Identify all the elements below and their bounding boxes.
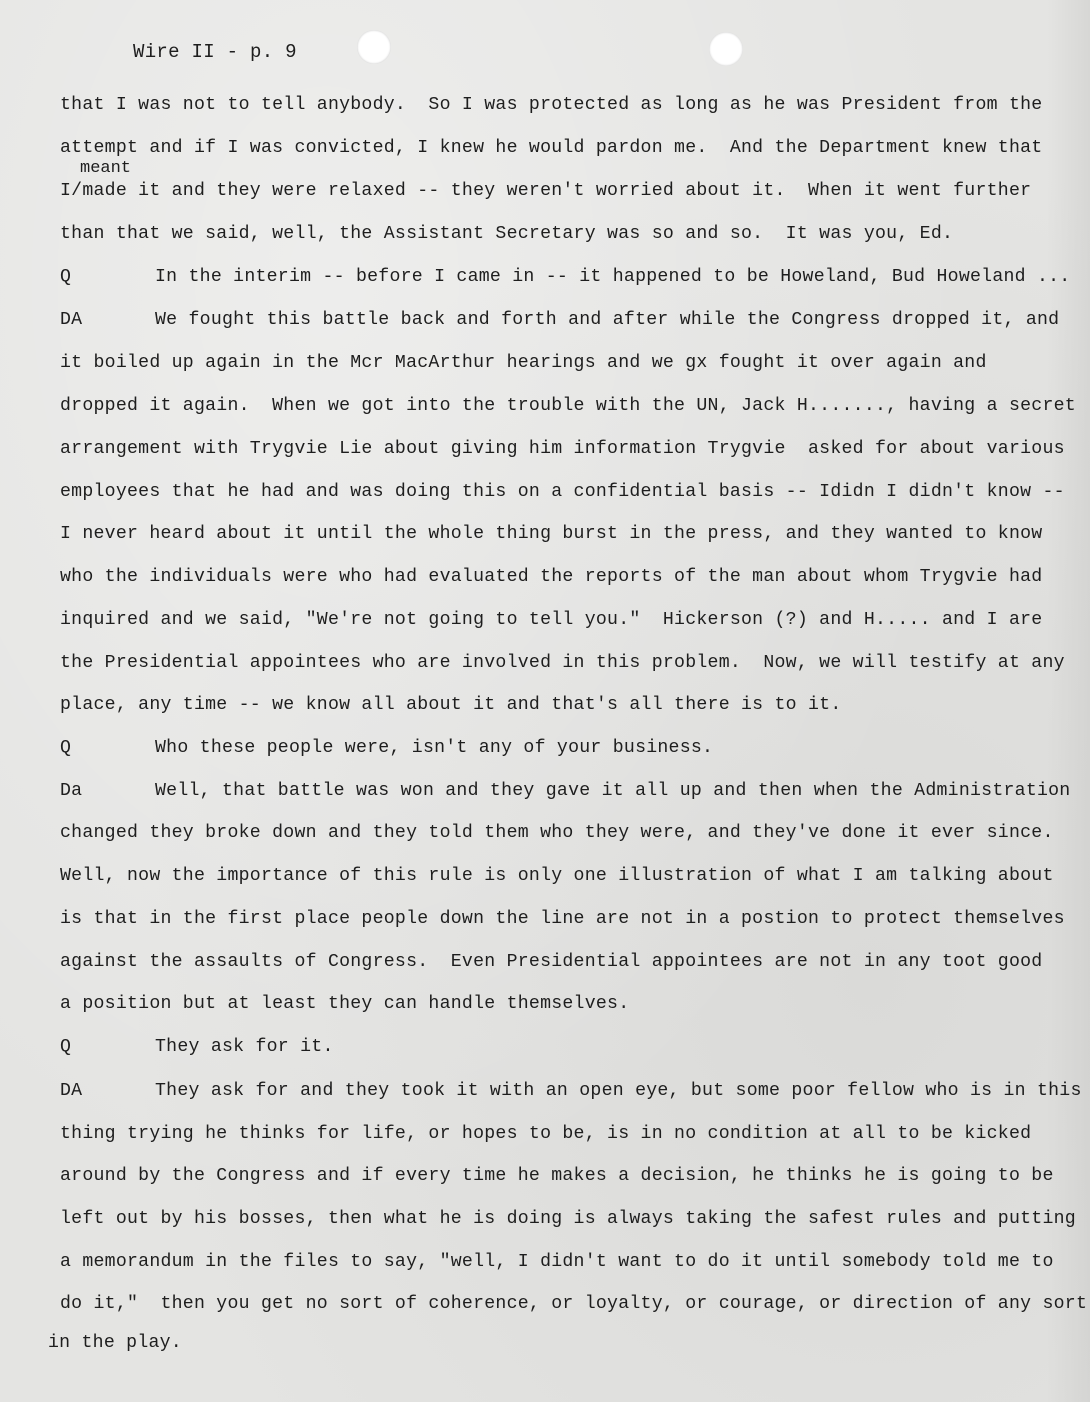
transcript-line: arrangement with Trygvie Lie about givin… <box>60 439 1065 459</box>
transcript-line: inquired and we said, "We're not going t… <box>60 610 1042 630</box>
transcript-line: than that we said, well, the Assistant S… <box>60 224 953 244</box>
transcript-line: I/made it and they were relaxed -- they … <box>60 181 1031 201</box>
transcript-line: employees that he had and was doing this… <box>60 482 1065 502</box>
typed-page: Wire II - p. 9 meant that I was not to t… <box>0 0 1090 1402</box>
speaker-label: DA <box>60 1081 155 1101</box>
speaker-line: QThey ask for it. <box>60 1037 334 1057</box>
speaker-label: Q <box>60 738 155 758</box>
speaker-text: They ask for and they took it with an op… <box>155 1081 1082 1101</box>
transcript-line: do it," then you get no sort of coherenc… <box>60 1294 1087 1314</box>
transcript-line: changed they broke down and they told th… <box>60 823 1054 843</box>
punch-hole <box>357 30 391 64</box>
speaker-line: QIn the interim -- before I came in -- i… <box>60 267 1070 287</box>
transcript-line: against the assaults of Congress. Even P… <box>60 952 1042 972</box>
speaker-line: QWho these people were, isn't any of you… <box>60 738 713 758</box>
speaker-line: DAThey ask for and they took it with an … <box>60 1081 1082 1101</box>
speaker-text: Who these people were, isn't any of your… <box>155 738 713 758</box>
transcript-line: dropped it again. When we got into the t… <box>60 396 1076 416</box>
transcript-line: the Presidential appointees who are invo… <box>60 653 1065 673</box>
transcript-line: left out by his bosses, then what he is … <box>60 1209 1076 1229</box>
transcript-line: it boiled up again in the Mcr MacArthur … <box>60 353 987 373</box>
speaker-text: We fought this battle back and forth and… <box>155 310 1059 330</box>
speaker-text: In the interim -- before I came in -- it… <box>155 267 1070 287</box>
transcript-line: in the play. <box>48 1333 182 1353</box>
speaker-label: DA <box>60 310 155 330</box>
transcript-line: thing trying he thinks for life, or hope… <box>60 1124 1031 1144</box>
page-header: Wire II - p. 9 <box>133 41 297 63</box>
speaker-text: They ask for it. <box>155 1037 334 1057</box>
speaker-line: DaWell, that battle was won and they gav… <box>60 781 1070 801</box>
punch-hole <box>709 32 743 66</box>
transcript-line: a memorandum in the files to say, "well,… <box>60 1252 1054 1272</box>
speaker-text: Well, that battle was won and they gave … <box>155 781 1070 801</box>
speaker-label: Q <box>60 1037 155 1057</box>
transcript-line: that I was not to tell anybody. So I was… <box>60 95 1042 115</box>
transcript-line: a position but at least they can handle … <box>60 994 629 1014</box>
transcript-line: around by the Congress and if every time… <box>60 1166 1054 1186</box>
transcript-line: is that in the first place people down t… <box>60 909 1065 929</box>
transcript-line: attempt and if I was convicted, I knew h… <box>60 138 1042 158</box>
transcript-line: Well, now the importance of this rule is… <box>60 866 1054 886</box>
transcript-line: who the individuals were who had evaluat… <box>60 567 1042 587</box>
transcript-line: I never heard about it until the whole t… <box>60 524 1042 544</box>
speaker-label: Da <box>60 781 155 801</box>
speaker-line: DAWe fought this battle back and forth a… <box>60 310 1059 330</box>
interlinear-insert: meant <box>80 159 131 178</box>
transcript-line: place, any time -- we know all about it … <box>60 695 842 715</box>
speaker-label: Q <box>60 267 155 287</box>
